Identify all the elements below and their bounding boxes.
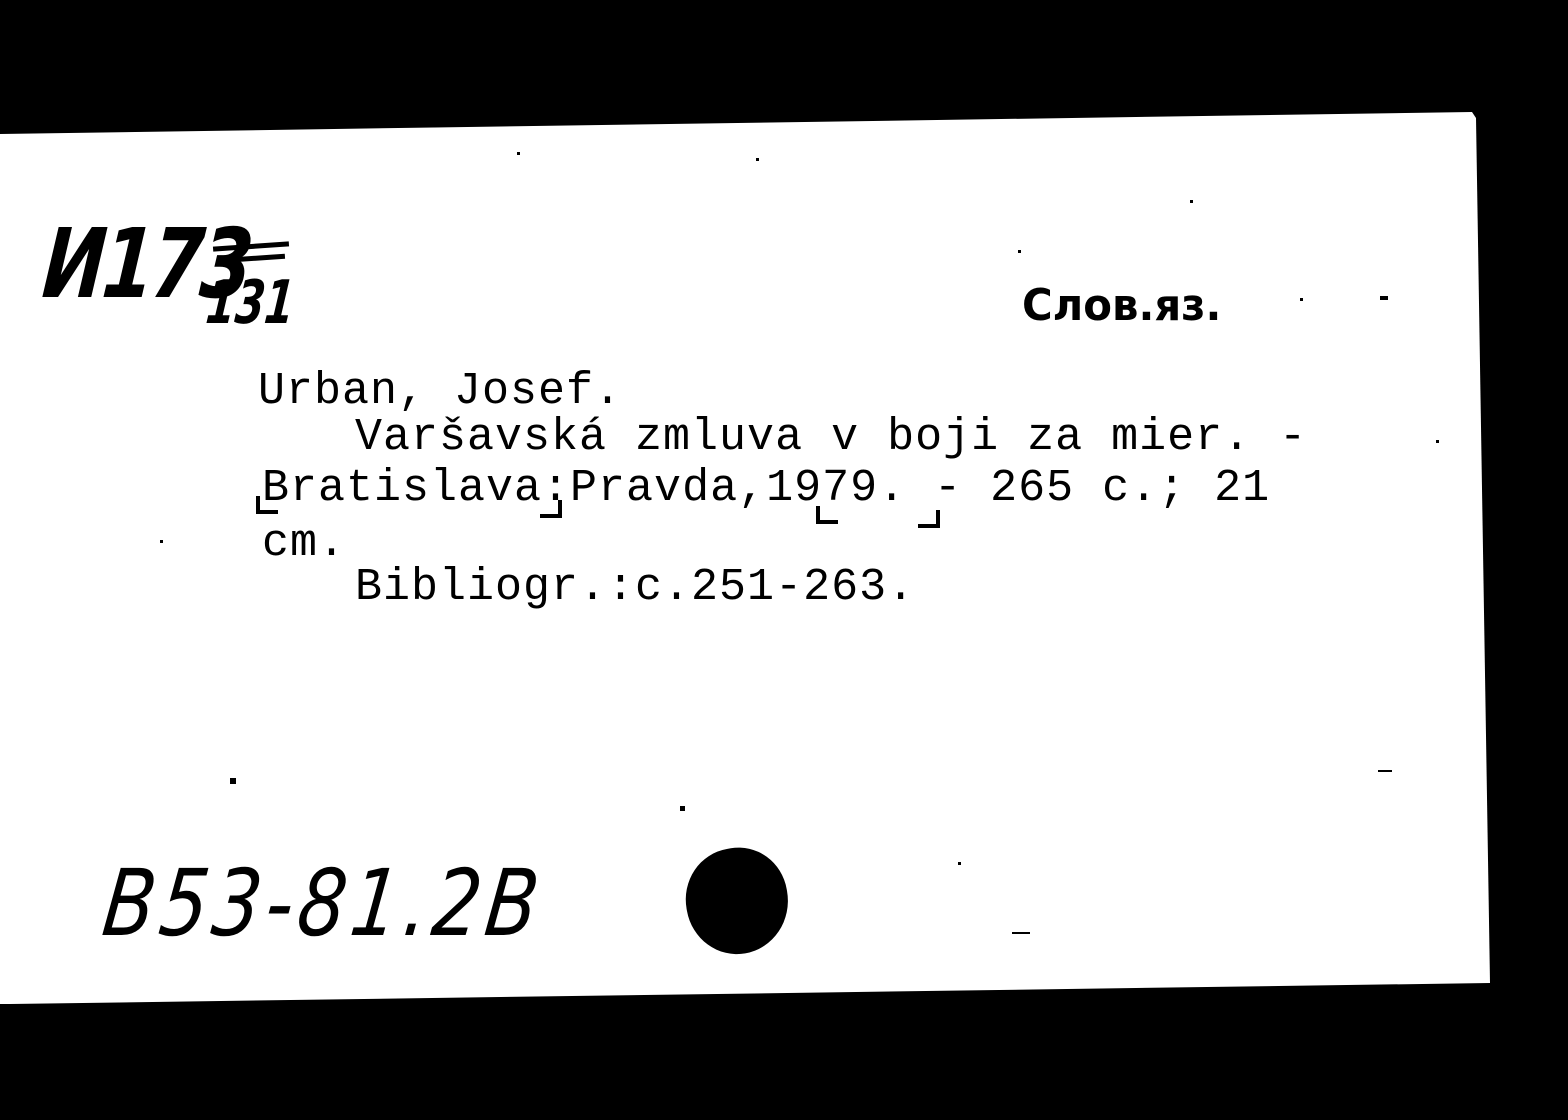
speck xyxy=(1380,296,1388,300)
bibliography-note: Bibliogr.:c.251-263. xyxy=(355,562,915,614)
speck xyxy=(1436,440,1439,443)
title-statement: Varšavská zmluva v boji za mier. - xyxy=(355,412,1307,464)
speck xyxy=(1012,932,1030,934)
catalog-card: И173 131 Слов.яз. Urban, Josef. Varšavsk… xyxy=(0,0,1568,1120)
bracket-mark xyxy=(816,506,838,524)
speck xyxy=(1018,250,1021,253)
imprint-statement: Bratislava:Pravda,1979. - 265 с.; 21 xyxy=(262,463,1270,515)
speck xyxy=(160,540,163,543)
dimensions-continuation: cm. xyxy=(262,518,346,570)
speck xyxy=(958,862,961,865)
language-note: Слов.яз. xyxy=(1022,280,1221,331)
speck xyxy=(680,806,685,811)
speck xyxy=(1190,200,1193,203)
speck xyxy=(1378,770,1392,772)
call-number: В53-81.2В xyxy=(98,850,549,957)
bracket-mark xyxy=(918,510,940,528)
shelf-mark-sub: 131 xyxy=(203,268,298,338)
speck xyxy=(756,158,759,161)
speck xyxy=(1300,298,1303,301)
bracket-mark xyxy=(256,496,278,514)
author-heading: Urban, Josef. xyxy=(258,366,622,418)
speck xyxy=(230,778,236,784)
punch-hole xyxy=(678,840,797,962)
speck xyxy=(517,152,520,155)
bracket-mark xyxy=(540,500,562,518)
